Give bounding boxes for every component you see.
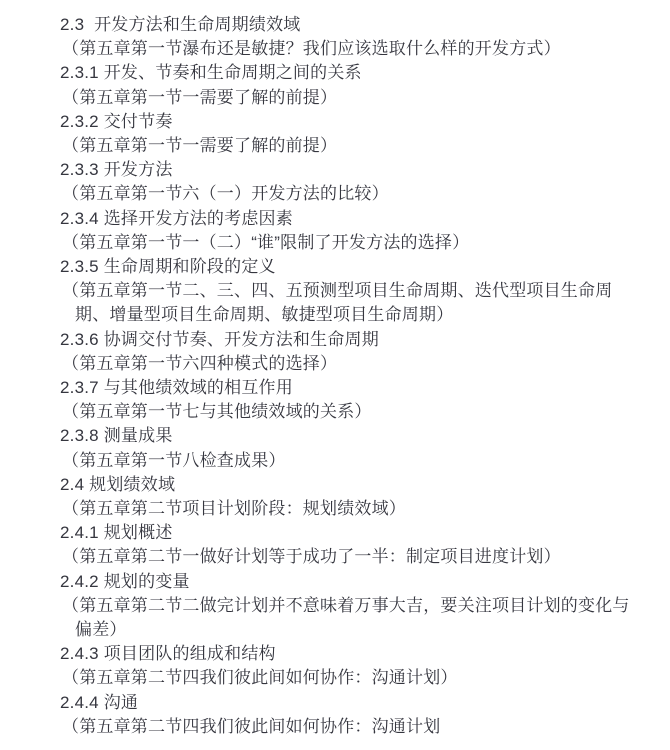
toc-note-continued: 期、增量型项目生命周期、敏捷型项目生命周期）	[0, 303, 670, 327]
toc-note: （第五章第一节六四种模式的选择）	[0, 352, 670, 376]
toc-note: （第五章第一节一需要了解的前提）	[0, 134, 670, 158]
toc-entry: 2.4.4 沟通	[0, 691, 670, 715]
toc-note: （第五章第二节项目计划阶段：规划绩效域）	[0, 497, 670, 521]
toc-note: （第五章第一节七与其他绩效域的关系）	[0, 400, 670, 424]
document-page: 2.3 开发方法和生命周期绩效域 （第五章第一节瀑布还是敏捷？我们应该选取什么样…	[0, 0, 670, 750]
toc-note: （第五章第二节四我们彼此间如何协作：沟通计划）	[0, 666, 670, 690]
toc-entry: 2.3.2 交付节奏	[0, 110, 670, 134]
toc-note: （第五章第一节八检查成果）	[0, 449, 670, 473]
toc-entry: 2.3.1 开发、节奏和生命周期之间的关系	[0, 61, 670, 85]
toc-entry: 2.3.6 协调交付节奏、开发方法和生命周期	[0, 328, 670, 352]
toc-entry: 2.3.3 开发方法	[0, 158, 670, 182]
toc-entry: 2.3.5 生命周期和阶段的定义	[0, 255, 670, 279]
toc-entry: 2.3 开发方法和生命周期绩效域	[0, 13, 670, 37]
toc-note: （第五章第一节六（一）开发方法的比较）	[0, 182, 670, 206]
toc-entry: 2.4.3 项目团队的组成和结构	[0, 642, 670, 666]
toc-note: （第五章第一节二、三、四、五预测型项目生命周期、迭代型项目生命周	[0, 279, 670, 303]
toc-note: （第五章第二节四我们彼此间如何协作：沟通计划	[0, 715, 670, 739]
toc-note: （第五章第一节一（二）“谁”限制了开发方法的选择）	[0, 231, 670, 255]
toc-note: （第五章第二节二做完计划并不意味着万事大吉，要关注项目计划的变化与	[0, 594, 670, 618]
toc-note: （第五章第一节瀑布还是敏捷？我们应该选取什么样的开发方式）	[0, 37, 670, 61]
toc-note: （第五章第二节一做好计划等于成功了一半：制定项目进度计划）	[0, 545, 670, 569]
toc-entry: 2.3.4 选择开发方法的考虑因素	[0, 207, 670, 231]
toc-note: （第五章第一节一需要了解的前提）	[0, 86, 670, 110]
toc-entry: 2.4 规划绩效域	[0, 473, 670, 497]
toc-entry: 2.4.2 规划的变量	[0, 570, 670, 594]
toc-entry: 2.4.1 规划概述	[0, 521, 670, 545]
toc-entry: 2.3.7 与其他绩效域的相互作用	[0, 376, 670, 400]
toc-outline: 2.3 开发方法和生命周期绩效域 （第五章第一节瀑布还是敏捷？我们应该选取什么样…	[0, 0, 670, 739]
toc-note-continued: 偏差）	[0, 618, 670, 642]
toc-entry: 2.3.8 测量成果	[0, 424, 670, 448]
